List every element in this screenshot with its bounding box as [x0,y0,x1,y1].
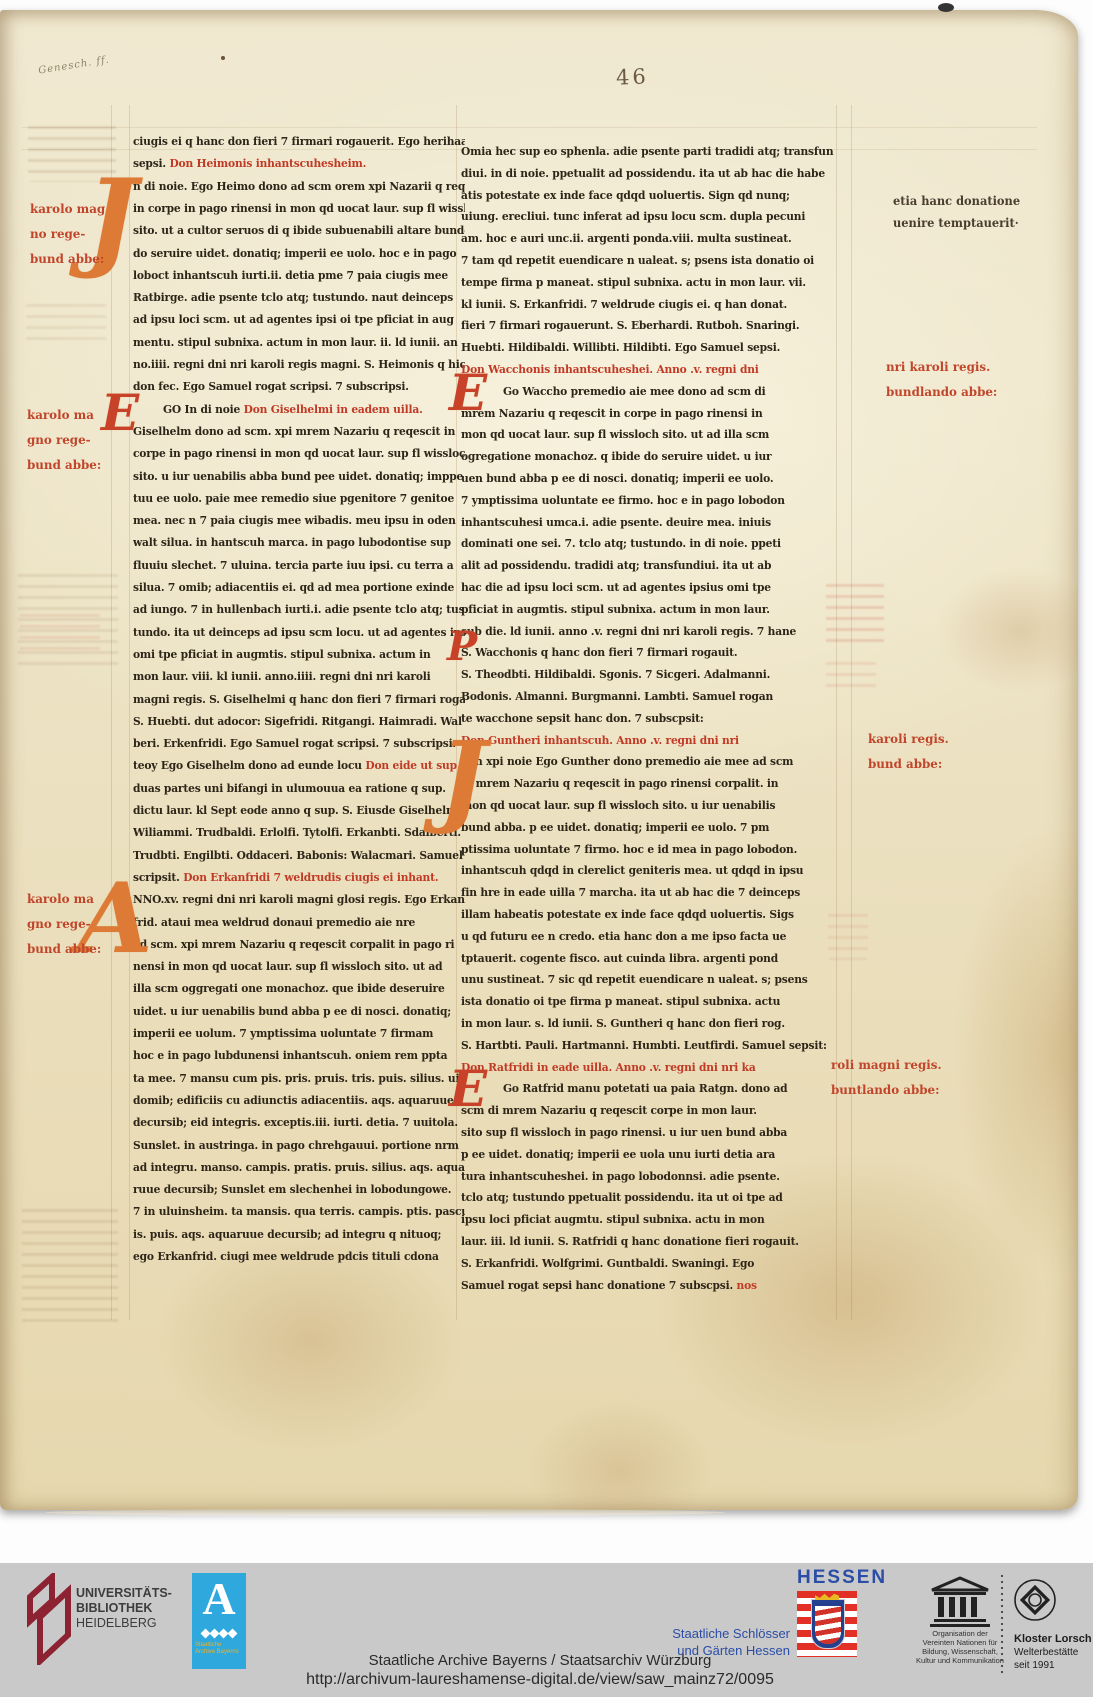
margin-note: karolo magno rege-bund abbe: [27,886,101,961]
manuscript-line: ad iungo. 7 in hullenbach iurti.i. adie … [133,598,465,619]
bavaria-diamonds-icon [192,1624,246,1636]
manuscript-line: Omia hec sup eo sphenla. adie psente par… [461,140,836,161]
manuscript-line: sepsi. Don Heimonis inhantscuhesheim. [133,152,465,173]
ruling-line [851,105,852,1320]
manuscript-line: tundo. ita ut deinceps ad ipsu scm locu.… [133,621,465,642]
manuscript-line: dominati one sei. 7. tclo atq; tustundo.… [461,532,836,553]
dotted-separator [1001,1575,1003,1675]
manuscript-line: walt silua. in hantscuh marca. in pago l… [133,531,465,552]
manuscript-line: ciugis ei q hanc don fieri 7 firmari rog… [133,130,465,151]
footer: UNIVERSITÄTS- BIBLIOTHEK HEIDELBERG A St… [0,1563,1093,1697]
manuscript-line: imperii ee uolum. 7 ymptissima uoluntate… [133,1022,465,1043]
manuscript-line: uiung. erecliui. tunc inferat ad ipsu lo… [461,205,836,226]
manuscript-line: mentu. stipul subnixa. actum in mon laur… [133,331,465,352]
manuscript-line: u qd futuru ee n credo. etia hanc don a … [461,925,836,946]
kloster-lorsch-line-3: seit 1991 [1014,1659,1092,1672]
manuscript-line: tclo atq; tustundo ppetualit possidendu.… [461,1186,836,1207]
page-edge [45,1509,725,1516]
manuscript-line: bund abba. p ee uidet. donatiq; imperii … [461,816,836,837]
margin-note: etia hanc donationeuenire temptauerit· [893,190,1020,234]
manuscript-line: mrem Nazariu q reqescit in corpe in pago… [461,402,836,423]
margin-note: karolo magno rege-bund abbe: [27,402,101,477]
manuscript-line: Go Waccho premedio aie mee dono ad scm d… [503,380,836,401]
manuscript-line: illa scm oggregati one monachoz. que ibi… [133,977,465,998]
manuscript-line: ruue decursib; Sunslet em slechenhei in … [133,1178,465,1199]
manuscript-line: ad scm. xpi mrem Nazariu q reqescit corp… [133,933,465,954]
manuscript-line: silua. 7 omib; adiacentiis ei. qd ad mea… [133,576,465,597]
ub-heidelberg-label: UNIVERSITÄTS- BIBLIOTHEK HEIDELBERG [76,1586,172,1631]
manuscript-line: fluuiu slechet. 7 uluina. tercia parte i… [133,554,465,575]
unesco-label-2: Vereinten Nationen für [923,1638,998,1647]
dirt-speck [938,3,954,12]
manuscript-line: omi tpe pficiat in augmtis. stipul subni… [133,643,465,664]
manuscript-line: mon qd uocat laur. sup fl wissloch sito.… [461,423,836,444]
manuscript-line: fin hre in eade uilla 7 marcha. ita ut a… [461,881,836,902]
manuscript-line: Ratbirge. adie psente tclo atq; tustundo… [133,286,465,307]
manuscript-line: Don Guntheri inhantscuh. Anno .v. regni … [461,729,836,750]
ruling-line [22,127,1037,128]
manuscript-line: sub die. ld iunii. anno .v. regni dni nr… [461,620,836,641]
manuscript-line: inhantscuhesi umca.i. adie psente. deuir… [461,511,836,532]
unesco-temple-icon [926,1575,994,1632]
source-url: http://archivum-laureshamense-digital.de… [170,1670,910,1689]
manuscript-line: scripsit. Don Erkanfridi 7 weldrudis ciu… [133,866,465,887]
corner-note: Genesch. ff. [38,54,111,76]
credit-line: Staatliche Archive Bayerns / Staatsarchi… [170,1651,910,1670]
manuscript-line: ego Erkanfrid. ciugi mee weldrude pdcis … [133,1245,465,1266]
manuscript-line: Giselhelm dono ad scm. xpi mrem Nazariu … [133,420,465,441]
ub-line-2: BIBLIOTHEK [76,1601,172,1616]
dirt-speck [221,56,225,60]
manuscript-line: diui. in di noie. ppetualit ad possidend… [461,162,836,183]
manuscript-line: kl iunii. S. Erkanfridi. 7 weldrude ciug… [461,293,836,314]
manuscript-line: in corpe in pago rinensi in mon qd uocat… [133,197,465,218]
bavaria-label-1: Staatliche [195,1642,221,1648]
manuscript-line: 7 ymptissima uoluntate ee firmo. hoc e i… [461,489,836,510]
show-through [26,300,106,348]
manuscript-line: mon qd uocat laur. sup fl wissloch sito.… [461,794,836,815]
manuscript-line: Go Ratfrid manu potetati ua paia Ratgn. … [503,1077,836,1098]
manuscript-line: uen bund abba p ee di nosci. donatiq; im… [461,467,836,488]
hessen-coat-of-arms-icon [797,1591,857,1657]
ruling-line [836,105,837,1320]
manuscript-line: ad integru. manso. campis. pratis. pruis… [133,1156,465,1177]
manuscript-line: in mon laur. s. ld iunii. S. Guntheri q … [461,1012,836,1033]
manuscript-line: mon laur. viii. kl iunii. anno.iiii. reg… [133,665,465,686]
margin-note: karoli regis.bund abbe: [868,726,949,776]
manuscript-line: ista donatio oi tpe firma p maneat. stip… [461,990,836,1011]
unesco-label-3: Bildung, Wissenschaft, [922,1647,998,1656]
manuscript-line: tura inhantscuheshei. in pago lobodonnsi… [461,1165,836,1186]
manuscript-line: tptauerit. cogente fisco. aut cuinda lib… [461,947,836,968]
manuscript-line: Wiliammi. Trudbaldi. Erlolfi. Tytolfi. E… [133,821,465,842]
kloster-lorsch-label: Kloster Lorsch Welterbestätte seit 1991 [1014,1633,1092,1672]
manuscript-line: loboct inhantscuh iurti.ii. detia pme 7 … [133,264,465,285]
decorated-initial: J [439,736,486,821]
manuscript-line: Don Ratfridi in eade uilla. Anno .v. reg… [461,1056,836,1077]
manuscript-line: Don Wacchonis inhantscuheshei. Anno .v. … [461,358,836,379]
manuscript-line: hac die ad ipsu loci scm. ut ad agentes … [461,576,836,597]
manuscript-line: n xpi noie Ego Gunther dono premedio aie… [475,750,836,771]
manuscript-line: sito. ut a cultor seruos di q ibide subu… [133,219,465,240]
manuscript-line: corpe in pago rinensi in mon qd uocat la… [133,442,465,463]
manuscript-line: di mrem Nazariu q reqescit in pago rinen… [461,772,836,793]
ruling-line [111,105,112,1320]
manuscript-line: illam habeatis potestate ex inde face qd… [461,903,836,924]
manuscript-line: S. Wacchonis q hanc don fieri 7 firmari … [461,641,836,662]
manuscript-line: domib; edificiis cu adiunctis adiacentii… [133,1089,465,1110]
hessen-title: HESSEN [797,1567,887,1589]
manuscript-line: fieri 7 firmari rogauerunt. S. Eberhardi… [461,314,836,335]
manuscript-scan: 46 Genesch. ff. ciugis ei q hanc don fie… [0,0,1093,1563]
crown-icon [815,1593,839,1600]
credit-block: Staatliche Archive Bayerns / Staatsarchi… [170,1651,910,1689]
ub-line-1: UNIVERSITÄTS- [76,1586,172,1601]
manuscript-line: S. Huebti. dut adocor: Sigefridi. Ritgan… [133,710,465,731]
decorated-initial: E [101,392,139,435]
unesco-label-4: Kultur und Kommunikation [916,1656,1004,1665]
manuscript-line: alit ad possidendu. tradidi atq; transfu… [461,554,836,575]
manuscript-line: ad ipsu loci scm. ut ad agentes ipsi oi … [133,308,465,329]
manuscript-line: ta mee. 7 mansu cum pis. pris. pruis. tr… [133,1067,465,1088]
manuscript-line: Trudbti. Engilbti. Oddaceri. Babonis: Wa… [133,844,465,865]
manuscript-line: teoy Ego Giselhelm dono ad eunde locu Do… [133,754,465,775]
kloster-lorsch-line-2: Welterbestätte [1014,1646,1092,1659]
manuscript-line: dictu laur. kl Sept eode anno q sup. S. … [133,799,465,820]
manuscript-line: n di noie. Ego Heimo dono ad scm orem xp… [133,175,465,196]
manuscript-line: ipsu loci pficiat augmtu. stipul subnixa… [461,1208,836,1229]
margin-note: nri karoli regis.bundlando abbe: [886,354,997,404]
manuscript-line: Samuel rogat sepsi hanc donatione 7 subs… [461,1274,836,1295]
manuscript-line: laur. iii. ld iunii. S. Ratfridi q hanc … [461,1230,836,1251]
show-through [20,610,100,656]
manuscript-page: 46 Genesch. ff. ciugis ei q hanc don fie… [0,10,1078,1510]
manuscript-line: te wacchone sepsit hanc don. 7 subscpsit… [461,707,836,728]
manuscript-line: uidet. u iur uenabilis bund abba p ee di… [133,1000,465,1021]
world-heritage-emblem-icon [1012,1577,1058,1628]
ruling-line [129,105,130,1320]
manuscript-line: don fec. Ego Samuel rogat scripsi. 7 sub… [133,375,465,396]
manuscript-line: tuu ee uolo. paie mee remedio siue pgeni… [133,487,465,508]
bavaria-a-icon: A [192,1575,246,1623]
folio-number: 46 [616,64,650,89]
manuscript-line: beri. Erkenfridi. Ego Samuel rogat scrip… [133,732,465,753]
manuscript-line: S. Hartbti. Pauli. Hartmanni. Humbti. Le… [461,1034,836,1055]
kloster-lorsch-title: Kloster Lorsch [1014,1633,1092,1646]
decorated-initial: E [449,1068,487,1111]
manuscript-line: 7 tam qd repetit euendicare n ualeat. s;… [461,249,836,270]
margin-note: roli magni regis.buntlando abbe: [831,1052,942,1102]
manuscript-line: magni regis. S. Giselhelmi q hanc don fi… [133,688,465,709]
manuscript-line: sito sup fl wissloch in pago rinensi. u … [461,1121,836,1142]
manuscript-line: do seruire uidet. donatiq; imperii ee uo… [133,242,465,263]
ub-heidelberg-logo-icon [24,1573,74,1670]
manuscript-line: atis potestate ex inde face qdqd uoluert… [461,184,836,205]
manuscript-line: Bodonis. Almanni. Burgmanni. Lambti. Sam… [461,685,836,706]
manuscript-line: mea. nec n 7 paia ciugis mee wibadis. me… [133,509,465,530]
manuscript-line: NNO.xv. regni dni nri karoli magni glosi… [133,888,465,909]
manuscript-line: sito. u iur uenabilis abba bund pee uide… [133,465,465,486]
manuscript-line: Sunslet. in austringa. in pago chrehgauu… [133,1134,465,1155]
manuscript-line: ogregatione monachoz. q ibide do seruire… [461,445,836,466]
manuscript-line: hoc e in pago lubdunensi inhantscuh. oni… [133,1044,465,1065]
unesco-label-1: Organisation der [932,1629,987,1638]
manuscript-line: pficiat in augmtis. stipul subnixa. actu… [461,598,836,619]
manuscript-line: frid. ataui mea weldrud donaui premedio … [133,911,465,932]
manuscript-line: inhantscuh qdqd in clerelict geniteris m… [461,859,836,880]
manuscript-line: p ee uidet. donatiq; imperii ee uola unu… [461,1143,836,1164]
ub-line-3: HEIDELBERG [76,1616,172,1631]
manuscript-line: is. puis. aqs. aquaruue decursib; ad int… [133,1223,465,1244]
manuscript-line: no.iiii. regni dni nri karoli regis magn… [133,353,465,374]
manuscript-line: Huebti. Hildibaldi. Willibti. Hildibti. … [461,336,836,357]
manuscript-line: decursib; eid integris. exceptis.iii. iu… [133,1111,465,1132]
manuscript-line: tempe firma p maneat. stipul subnixa. ac… [461,271,836,292]
manuscript-line: scm di mrem Nazariu q reqescit corpe in … [461,1099,836,1120]
manuscript-line: unu sustineat. 7 sic qd repetit euendica… [461,968,836,989]
hessen-label-1: Staatliche Schlösser [672,1626,790,1641]
manuscript-line: am. hoc e auri unc.ii. argenti ponda.vii… [461,227,836,248]
manuscript-line: nensi in mon qd uocat laur. sup fl wissl… [133,955,465,976]
decorated-initial: E [449,372,487,415]
manuscript-line: S. Theodbti. Hildibaldi. Sgonis. 7 Sicge… [461,663,836,684]
manuscript-line: 7 in uluinsheim. ta mansis. qua terris. … [133,1200,465,1221]
manuscript-line: duas partes uni bifangi in ulumouua ea r… [133,777,465,798]
show-through [22,1205,118,1325]
manuscript-line: GO In di noie Don Giselhelmi in eadem ui… [163,398,465,419]
decorated-initial: P [447,630,477,664]
manuscript-line: ptissima uoluntate 7 firmo. hoc e id mea… [461,838,836,859]
manuscript-line: S. Erkanfridi. Wolfgrimi. Guntbaldi. Swa… [461,1252,836,1273]
margin-note: karolo magno rege-bund abbe: [30,196,105,271]
